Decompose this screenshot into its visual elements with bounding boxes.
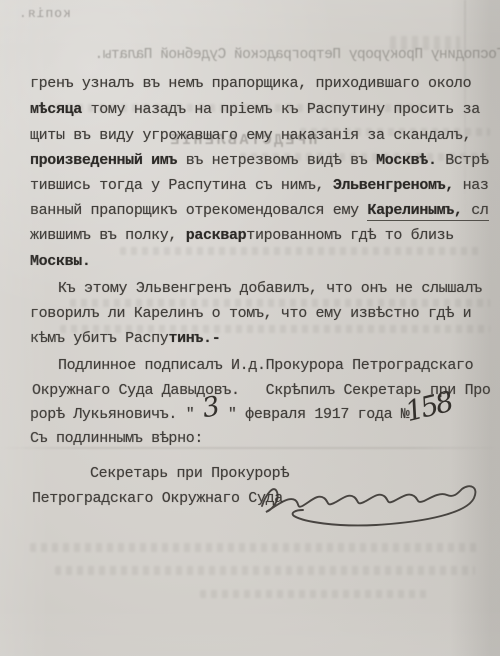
document-line: гренъ узналъ въ немъ прапорщика, приходи… bbox=[30, 74, 471, 93]
typed-text: тинъ.- bbox=[168, 330, 220, 347]
typed-text: Встрѣ bbox=[437, 152, 489, 169]
typed-text: ванный прапорщикъ отрекомендовался ему bbox=[30, 202, 367, 219]
typed-text: " февраля 1917 года № bbox=[219, 406, 409, 423]
typed-text: щиты въ виду угрожавшаго ему наказанія з… bbox=[30, 127, 471, 144]
typed-text: кѣмъ убитъ Распу bbox=[30, 330, 168, 347]
typed-text: жившимъ въ полку, bbox=[30, 227, 186, 244]
typed-text: Москвѣ. bbox=[376, 152, 437, 169]
document-line: Москвы. bbox=[30, 252, 91, 271]
typed-text: расквар bbox=[186, 227, 247, 244]
bleedthrough-smear bbox=[55, 566, 475, 575]
typed-text: Карелинымъ, bbox=[367, 202, 462, 221]
bleedthrough-copy-label: копія. bbox=[18, 6, 71, 21]
typed-text: гренъ узналъ въ немъ прапорщика, приходи… bbox=[30, 75, 471, 92]
document-line: Къ этому Эльвенгренъ добавилъ, что онъ н… bbox=[58, 279, 482, 298]
typed-text: тированномъ гдѣ то близь bbox=[246, 227, 454, 244]
handwritten-text: 3 bbox=[202, 402, 220, 415]
typed-text: мѣсяца bbox=[30, 101, 82, 118]
typed-text: Къ этому Эльвенгренъ добавилъ, что онъ н… bbox=[58, 280, 482, 297]
document-line: Подлинное подписалъ И.д.Прокурора Петрог… bbox=[58, 356, 473, 375]
typed-text: говорилъ ли Карелинъ о томъ, что ему изв… bbox=[30, 305, 471, 322]
bleedthrough-smear bbox=[30, 543, 480, 552]
typed-text: Москвы. bbox=[30, 253, 91, 270]
typed-text: Подлинное подписалъ И.д.Прокурора Петрог… bbox=[58, 357, 473, 374]
typed-text: тившись тогда у Распутина съ нимъ, bbox=[30, 177, 333, 194]
typed-text: наз bbox=[454, 177, 489, 194]
document-line: щиты въ виду угрожавшаго ему наказанія з… bbox=[30, 126, 471, 145]
handwritten-text: 158 bbox=[404, 397, 451, 418]
document-line: мѣсяца тому назадъ на пріемъ къ Распутин… bbox=[30, 100, 480, 119]
typed-text: рорѣ Лукьяновичъ. " bbox=[30, 406, 203, 423]
document-page: копія. Господину Прокурору Петроградской… bbox=[0, 0, 500, 656]
document-line: жившимъ въ полку, расквартированномъ гдѣ… bbox=[30, 226, 454, 245]
typed-text: въ нетрезвомъ видѣ въ bbox=[177, 152, 376, 169]
document-line: ванный прапорщикъ отрекомендовался ему К… bbox=[30, 201, 489, 220]
typed-text: тому назадъ на пріемъ къ Распутину проси… bbox=[82, 101, 480, 118]
typed-text: произведенный имъ bbox=[30, 152, 177, 169]
document-line: рорѣ Лукьяновичъ. " 3 " февраля 1917 год… bbox=[30, 404, 456, 424]
bleedthrough-smear bbox=[200, 590, 430, 598]
typed-text: сл bbox=[463, 202, 489, 221]
document-line: тившись тогда у Распутина съ нимъ, Эльве… bbox=[30, 176, 489, 195]
typed-text: Съ подлиннымъ вѣрно: bbox=[30, 430, 203, 447]
bleedthrough-smear bbox=[120, 247, 480, 255]
document-line: говорилъ ли Карелинъ о томъ, что ему изв… bbox=[30, 304, 471, 323]
secretary-signature bbox=[246, 466, 496, 536]
bleedthrough-smear bbox=[390, 36, 460, 50]
document-line: кѣмъ убитъ Распутинъ.- bbox=[30, 329, 220, 348]
document-line: Съ подлиннымъ вѣрно: bbox=[30, 429, 203, 448]
document-line: произведенный имъ въ нетрезвомъ видѣ въ … bbox=[30, 151, 489, 170]
typed-text: Эльвенгреномъ, bbox=[333, 177, 454, 194]
